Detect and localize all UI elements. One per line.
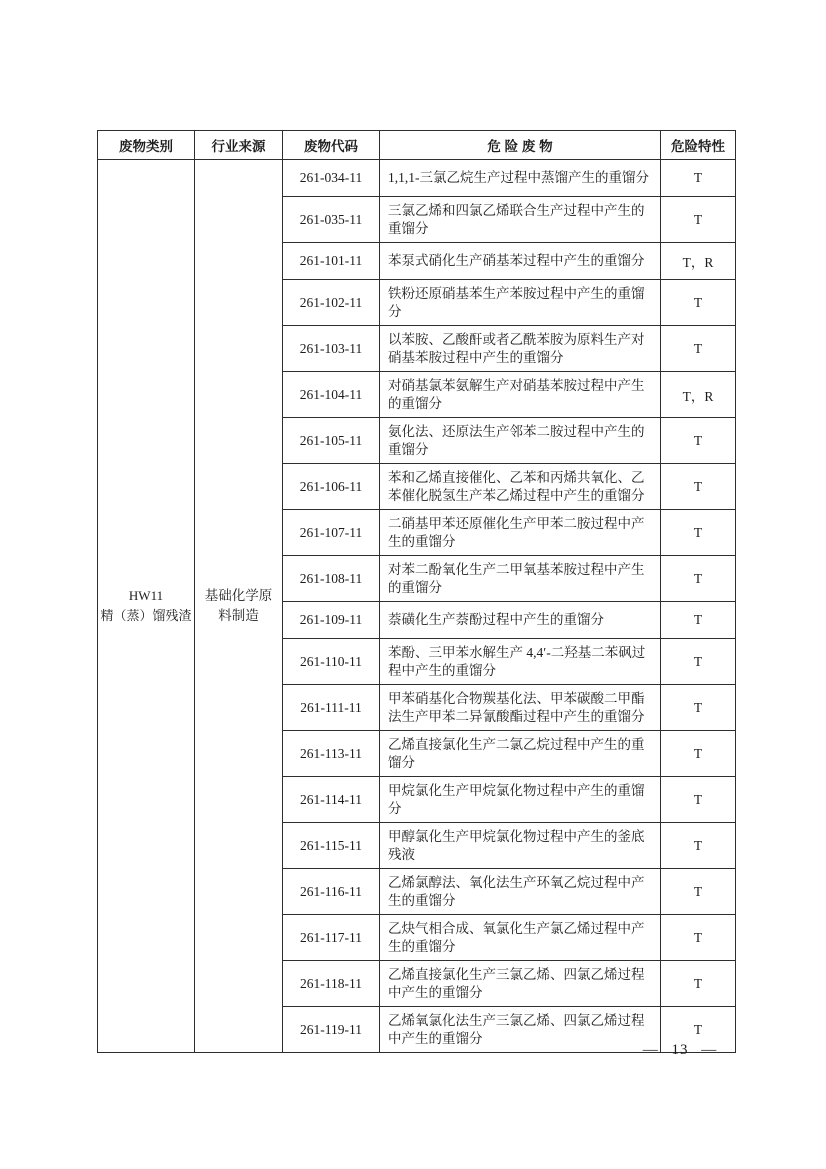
waste-code-cell: 261-101-11 <box>283 243 380 280</box>
hazard-characteristics-cell: T <box>661 731 736 777</box>
waste-description-cell: 对苯二酚氧化生产二甲氧基苯胺过程中产生的重馏分 <box>380 556 661 602</box>
waste-description-cell: 对硝基氯苯氨解生产对硝基苯胺过程中产生的重馏分 <box>380 372 661 418</box>
industry-source-text: 基础化学原料制造 <box>203 586 273 626</box>
waste-code-cell: 261-106-11 <box>283 464 380 510</box>
waste-description-cell: 乙烯氯醇法、氧化法生产环氧乙烷过程中产生的重馏分 <box>380 869 661 915</box>
waste-category-cell: HW11 精（蒸）馏残渣 <box>98 160 195 1053</box>
waste-code-cell: 261-118-11 <box>283 961 380 1007</box>
waste-description-cell: 苯泵式硝化生产硝基苯过程中产生的重馏分 <box>380 243 661 280</box>
waste-description-cell: 甲烷氯化生产甲烷氯化物过程中产生的重馏分 <box>380 777 661 823</box>
waste-description-cell: 氨化法、还原法生产邻苯二胺过程中产生的重馏分 <box>380 418 661 464</box>
waste-description-cell: 萘磺化生产萘酚过程中产生的重馏分 <box>380 602 661 639</box>
hazard-characteristics-cell: T <box>661 961 736 1007</box>
waste-code-cell: 261-119-11 <box>283 1007 380 1053</box>
waste-description-cell: 苯和乙烯直接催化、乙苯和丙烯共氧化、乙苯催化脱氢生产苯乙烯过程中产生的重馏分 <box>380 464 661 510</box>
waste-code-cell: 261-035-11 <box>283 197 380 243</box>
waste-code-cell: 261-116-11 <box>283 869 380 915</box>
hazard-characteristics-cell: T <box>661 685 736 731</box>
waste-code-cell: 261-104-11 <box>283 372 380 418</box>
waste-code-cell: 261-107-11 <box>283 510 380 556</box>
waste-code-cell: 261-110-11 <box>283 639 380 685</box>
waste-code-cell: 261-103-11 <box>283 326 380 372</box>
hazard-characteristics-cell: T <box>661 418 736 464</box>
waste-description-cell: 乙烯直接氯化生产二氯乙烷过程中产生的重馏分 <box>380 731 661 777</box>
waste-code-cell: 261-109-11 <box>283 602 380 639</box>
hazard-characteristics-cell: T <box>661 639 736 685</box>
hazard-characteristics-cell: T <box>661 160 736 197</box>
waste-code-cell: 261-102-11 <box>283 280 380 326</box>
header-industry-source: 行业来源 <box>195 131 283 160</box>
hazard-characteristics-cell: T <box>661 869 736 915</box>
waste-code-cell: 261-034-11 <box>283 160 380 197</box>
hazardous-waste-table: 废物类别 行业来源 废物代码 危 险 废 物 危险特性 HW11 精（蒸）馏残渣… <box>97 130 736 1053</box>
waste-description-cell: 甲醇氯化生产甲烷氯化物过程中产生的釜底残液 <box>380 823 661 869</box>
waste-code-cell: 261-113-11 <box>283 731 380 777</box>
waste-description-cell: 甲苯硝基化合物羰基化法、甲苯碳酸二甲酯法生产甲苯二异氰酸酯过程中产生的重馏分 <box>380 685 661 731</box>
waste-description-cell: 铁粉还原硝基苯生产苯胺过程中产生的重馏分 <box>380 280 661 326</box>
header-hazardous-waste: 危 险 废 物 <box>380 131 661 160</box>
waste-category-name: 精（蒸）馏残渣 <box>99 606 193 626</box>
waste-category-code: HW11 <box>99 586 193 606</box>
hazard-characteristics-cell: T <box>661 602 736 639</box>
waste-code-cell: 261-115-11 <box>283 823 380 869</box>
waste-description-cell: 1,1,1-三氯乙烷生产过程中蒸馏产生的重馏分 <box>380 160 661 197</box>
hazard-characteristics-cell: T <box>661 197 736 243</box>
hazard-characteristics-cell: T，R <box>661 372 736 418</box>
hazard-characteristics-cell: T <box>661 556 736 602</box>
waste-description-cell: 乙烯氧氯化法生产三氯乙烯、四氯乙烯过程中产生的重馏分 <box>380 1007 661 1053</box>
document-page: 废物类别 行业来源 废物代码 危 险 废 物 危险特性 HW11 精（蒸）馏残渣… <box>0 0 826 1169</box>
hazard-characteristics-cell: T <box>661 326 736 372</box>
waste-description-cell: 三氯乙烯和四氯乙烯联合生产过程中产生的重馏分 <box>380 197 661 243</box>
waste-code-cell: 261-117-11 <box>283 915 380 961</box>
hazard-characteristics-cell: T <box>661 510 736 556</box>
waste-description-cell: 以苯胺、乙酸酐或者乙酰苯胺为原料生产对硝基苯胺过程中产生的重馏分 <box>380 326 661 372</box>
waste-code-cell: 261-105-11 <box>283 418 380 464</box>
waste-description-cell: 二硝基甲苯还原催化生产甲苯二胺过程中产生的重馏分 <box>380 510 661 556</box>
industry-source-cell: 基础化学原料制造 <box>195 160 283 1053</box>
hazard-characteristics-cell: T，R <box>661 243 736 280</box>
hazard-characteristics-cell: T <box>661 823 736 869</box>
hazard-characteristics-cell: T <box>661 280 736 326</box>
waste-description-cell: 乙炔气相合成、氧氯化生产氯乙烯过程中产生的重馏分 <box>380 915 661 961</box>
waste-code-cell: 261-108-11 <box>283 556 380 602</box>
hazard-characteristics-cell: T <box>661 464 736 510</box>
hazard-characteristics-cell: T <box>661 915 736 961</box>
hazard-characteristics-cell: T <box>661 777 736 823</box>
header-waste-code: 废物代码 <box>283 131 380 160</box>
waste-code-cell: 261-114-11 <box>283 777 380 823</box>
waste-description-cell: 苯酚、三甲苯水解生产 4,4′-二羟基二苯砜过程中产生的重馏分 <box>380 639 661 685</box>
table-row: HW11 精（蒸）馏残渣 基础化学原料制造 261-034-11 1,1,1-三… <box>98 160 736 197</box>
table-header-row: 废物类别 行业来源 废物代码 危 险 废 物 危险特性 <box>98 131 736 160</box>
header-hazard-characteristics: 危险特性 <box>661 131 736 160</box>
waste-description-cell: 乙烯直接氯化生产三氯乙烯、四氯乙烯过程中产生的重馏分 <box>380 961 661 1007</box>
header-waste-category: 废物类别 <box>98 131 195 160</box>
page-number: — 13 — <box>625 1042 735 1059</box>
waste-code-cell: 261-111-11 <box>283 685 380 731</box>
